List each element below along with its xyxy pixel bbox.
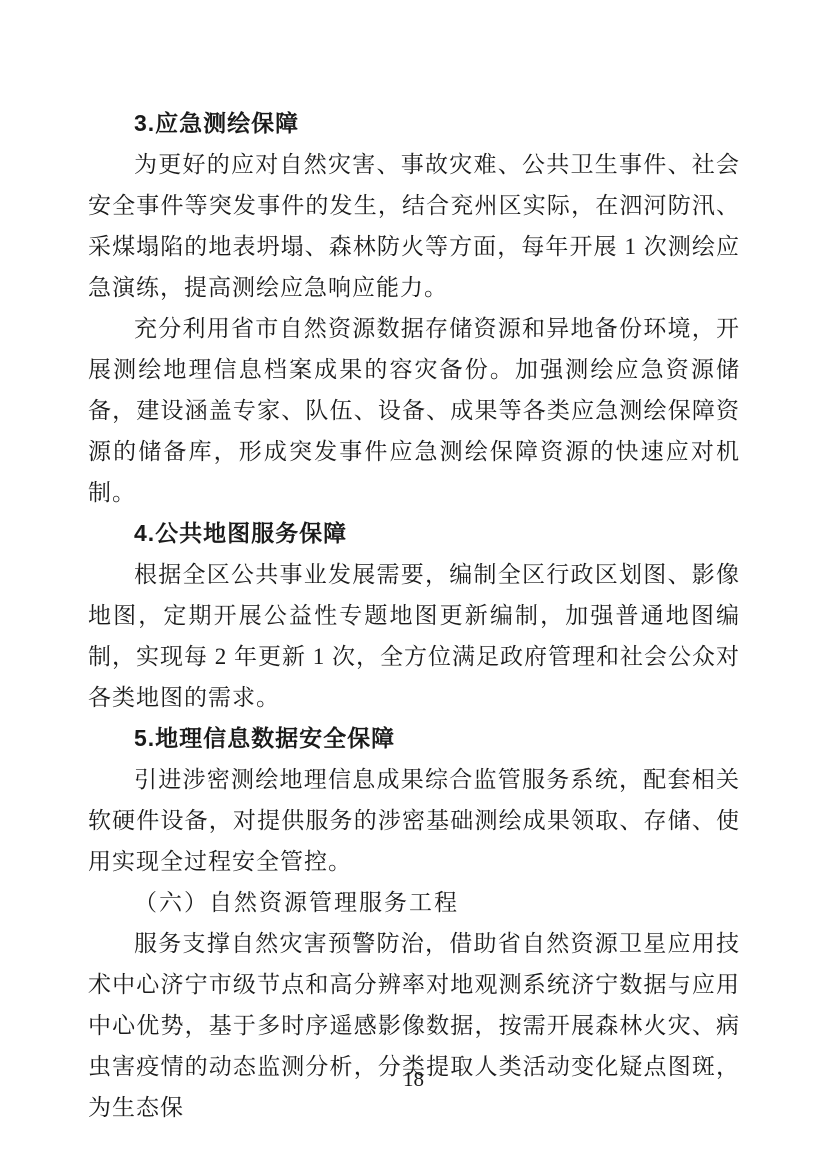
paragraph-remote-sensing-monitoring: 服务支撑自然灾害预警防治，借助省自然资源卫星应用技术中心济宁市级节点和高分辨率对…: [88, 923, 740, 1128]
document-page: 3.应急测绘保障 为更好的应对自然灾害、事故灾难、公共卫生事件、社会安全事件等突…: [0, 0, 827, 1169]
heading-public-map-service-support: 4.公共地图服务保障: [88, 513, 740, 554]
subheading-natural-resources-management-project: （六）自然资源管理服务工程: [88, 882, 740, 923]
paragraph-disaster-backup: 充分利用省市自然资源数据存储资源和异地备份环境，开展测绘地理信息档案成果的容灾备…: [88, 308, 740, 513]
paragraph-public-map-compilation: 根据全区公共事业发展需要，编制全区行政区划图、影像地图，定期开展公益性专题地图更…: [88, 554, 740, 718]
page-number: 18: [0, 1063, 827, 1095]
paragraph-classified-data-control: 引进涉密测绘地理信息成果综合监管服务系统，配套相关软硬件设备，对提供服务的涉密基…: [88, 759, 740, 882]
document-body: 3.应急测绘保障 为更好的应对自然灾害、事故灾难、公共卫生事件、社会安全事件等突…: [88, 103, 740, 1128]
paragraph-emergency-drills: 为更好的应对自然灾害、事故灾难、公共卫生事件、社会安全事件等突发事件的发生，结合…: [88, 144, 740, 308]
heading-emergency-surveying-support: 3.应急测绘保障: [88, 103, 740, 144]
heading-geoinfo-data-security-support: 5.地理信息数据安全保障: [88, 718, 740, 759]
